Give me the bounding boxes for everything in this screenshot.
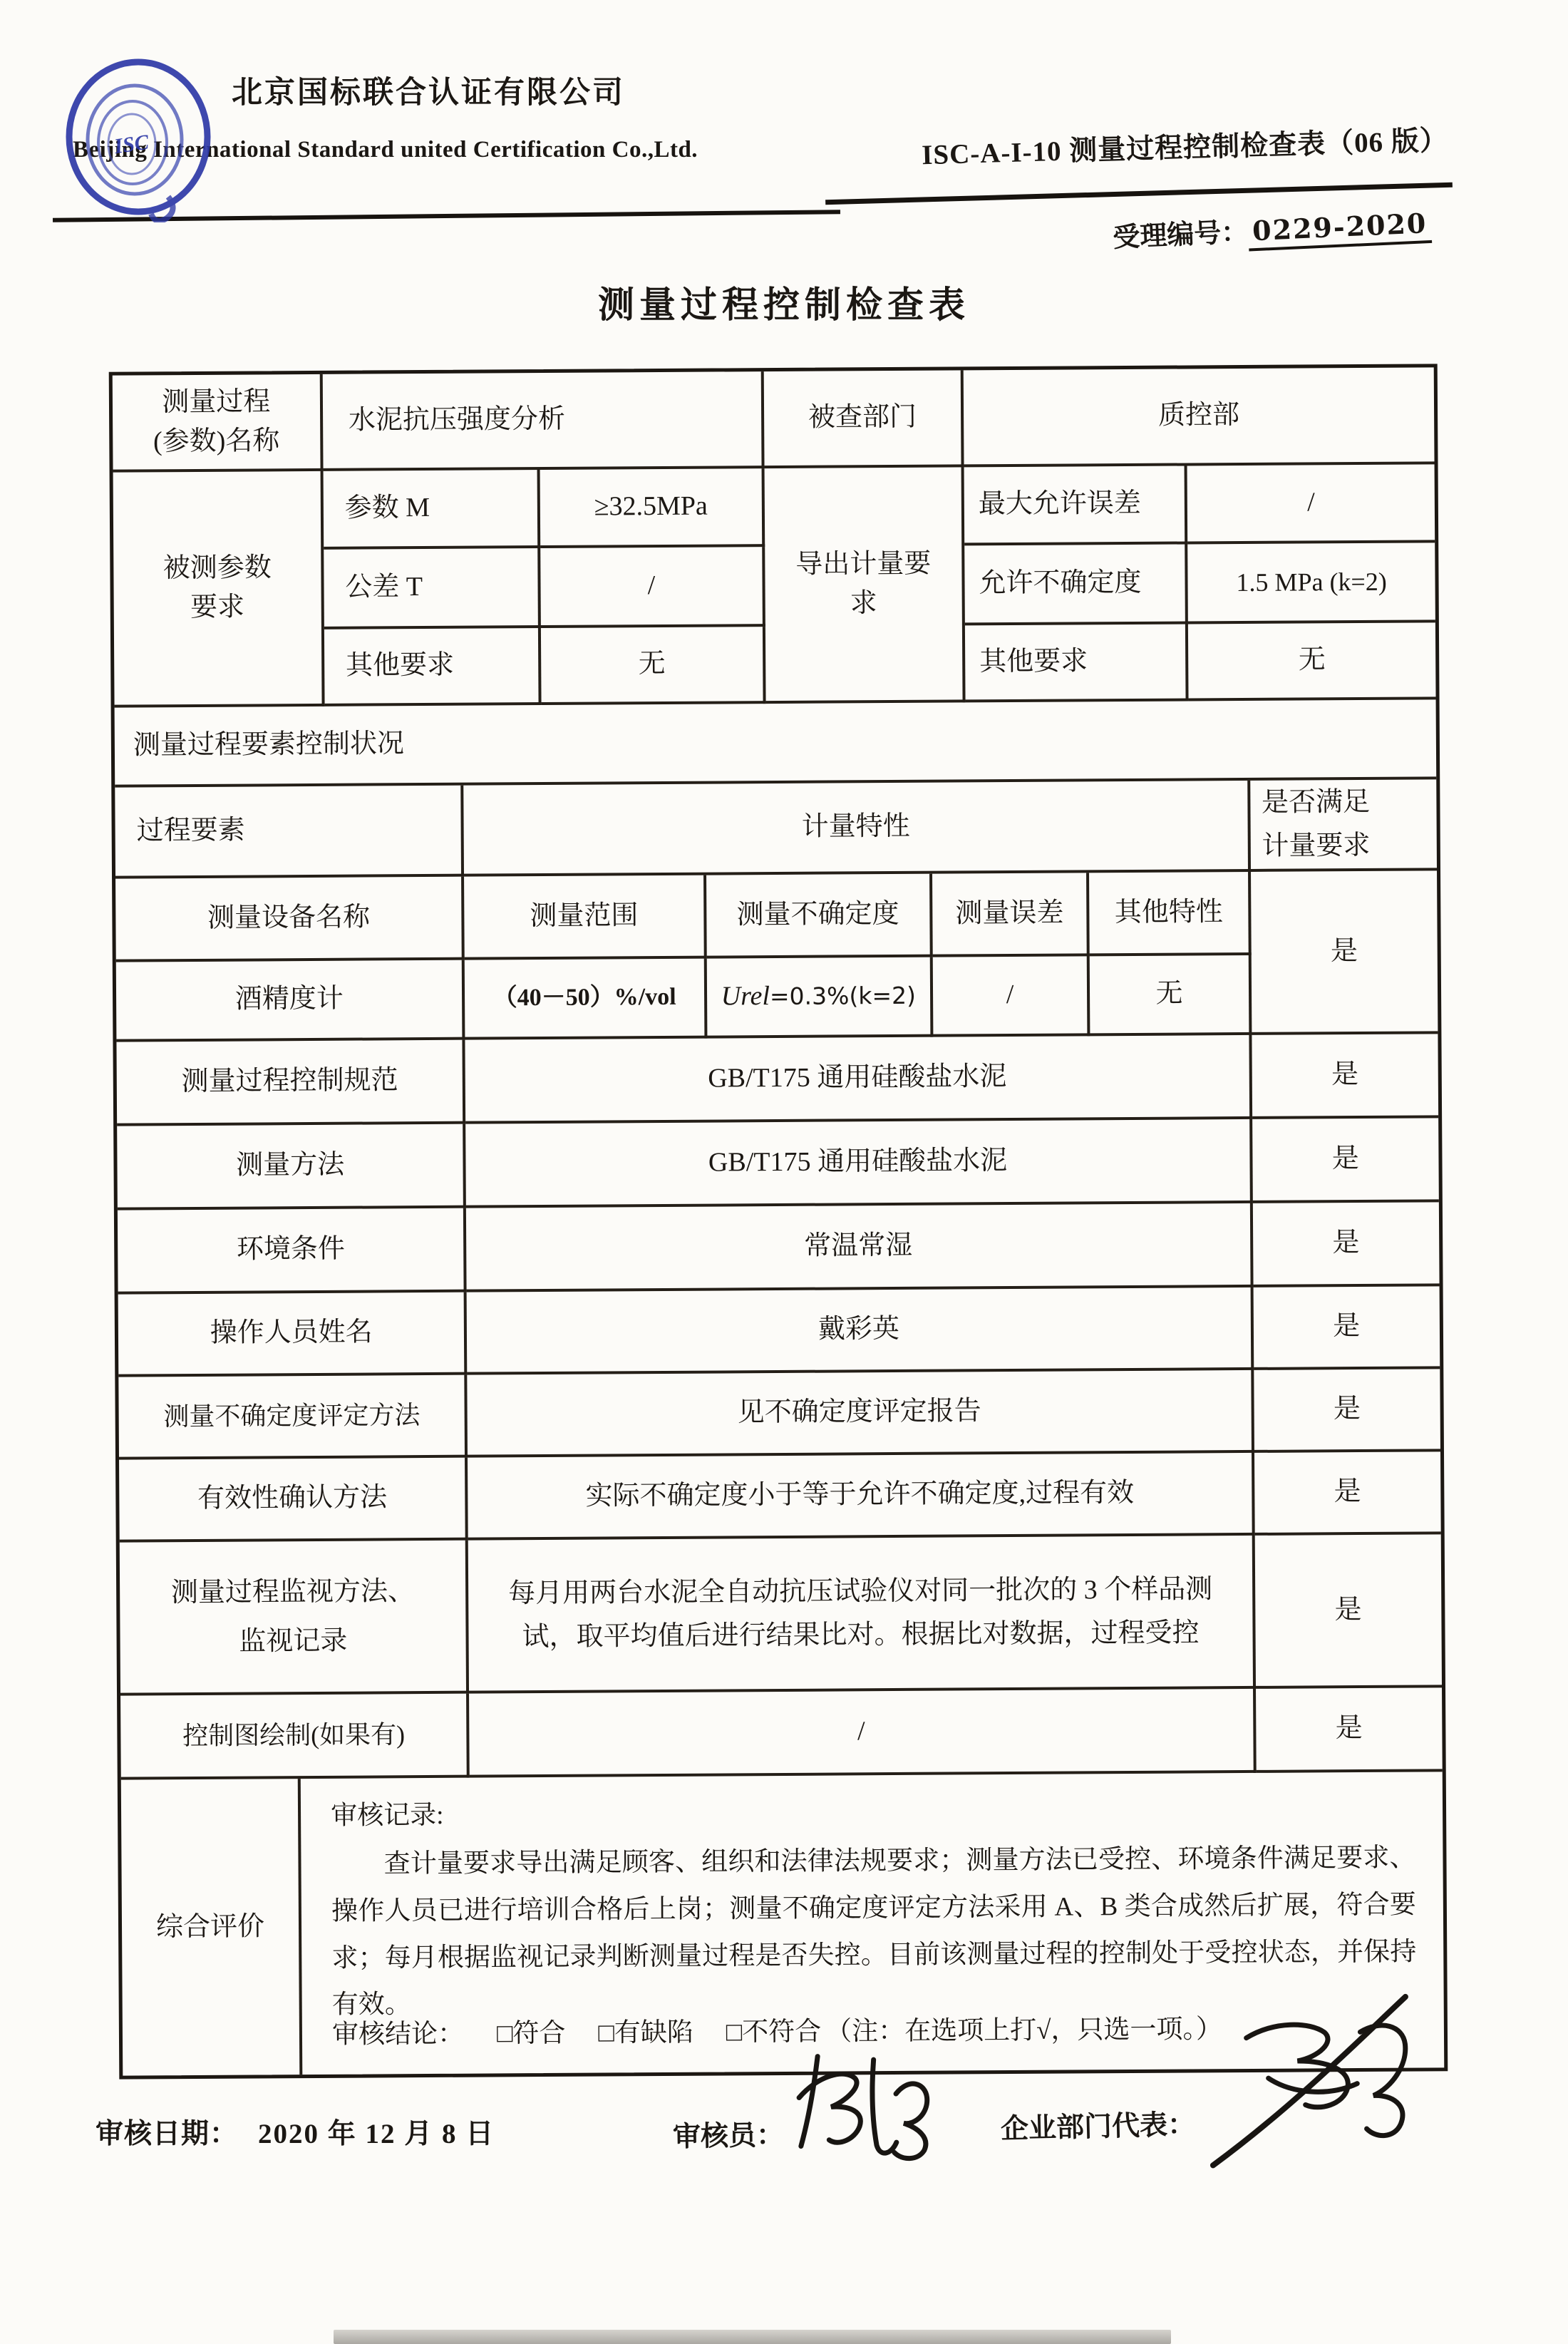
cell-max-error-value: / [1187,464,1435,544]
scanned-document-page: ISC 北京国标联合认证有限公司 Beijing International S… [0,0,1568,2344]
row-control-chart-label: 控制图绘制(如果有) [120,1694,470,1780]
cell-derived-req-label: 导出计量要 求 [765,467,966,704]
acceptance-label: 受理编号： [1112,217,1249,254]
row-control-spec-value: GB/T175 通用硅酸盐水泥 [465,1035,1252,1124]
cell-other-req-value: 无 [541,627,766,705]
company-representative-label: 企业部门代表： [1000,2102,1195,2147]
page-title: 测量过程控制检查表 [0,275,1568,328]
cell-equipment-range: （40－50）%/vol [465,959,707,1040]
acceptance-number-line: 受理编号：0229-2020 [1112,201,1432,255]
row-method-value: GB/T175 通用硅酸盐水泥 [466,1119,1253,1208]
cell-other-req2-value: 无 [1188,622,1435,701]
row-validity-ok: 是 [1254,1451,1441,1536]
uncertainty-symbol: Urel [721,977,770,1017]
isc-company-logo-stamp-icon: ISC [61,57,220,222]
scan-edge-artifact [334,2330,1171,2344]
cell-equipment-name: 酒精度计 [116,960,465,1042]
auditor-label: 审核员： [673,2113,785,2155]
representative-signature [1178,1983,1444,2181]
cell-elements-control-status: 测量过程要素控制状况 [115,699,1437,787]
cell-other-req2-label: 其他要求 [965,624,1189,702]
uncertainty-value: =0.3%(k=2) [770,979,916,1014]
cell-param-m-value: ≥32.5MPa [540,468,765,548]
header-rule-right [825,183,1453,205]
audit-date-line: 审核日期：2020 年 12 月 8 日 [96,2112,495,2152]
row-environment-value: 常温常湿 [466,1203,1253,1292]
cell-measured-param-req-label: 被测参数 要求 [113,471,325,708]
acceptance-number: 0229-2020 [1247,207,1432,252]
cell-allowed-uncertainty-label: 允许不确定度 [964,544,1188,625]
cell-equipment-ok: 是 [1251,870,1438,1035]
row-control-chart-value: / [469,1689,1256,1778]
audit-conclusion-label: 审核结论： [332,2020,464,2050]
cell-other-character-header: 其他特性 [1089,872,1251,956]
row-control-chart-ok: 是 [1256,1687,1443,1773]
cell-process-factor-header: 过程要素 [115,786,464,879]
cell-equipment-name-header: 测量设备名称 [115,877,465,962]
logo-isc-letters: ISC [112,130,150,159]
cell-metrological-character-header: 计量特性 [464,781,1251,877]
row-monitoring-ok: 是 [1254,1534,1442,1689]
row-validity-label: 有效性确认方法 [119,1458,468,1543]
row-operator-label: 操作人员姓名 [118,1292,468,1377]
row-monitoring-value: 每月用两台水泥全自动抗压试验仪对同一批次的 3 个样品测试，取平均值后进行结果比… [468,1536,1255,1694]
checkbox-option-conform: □符合 [497,2019,566,2049]
company-name-cn: 北京国标联合认证有限公司 [232,68,625,112]
table-section-basic-info: 测量过程 (参数)名称 水泥抗压强度分析 被查部门 质控部 被测参数 要求 参数… [113,367,1436,707]
cell-department-label: 被查部门 [764,370,964,468]
cell-error-header: 测量误差 [932,873,1090,957]
table-section-banner: 测量过程要素控制状况 [115,699,1437,787]
cell-max-error-label: 最大允许误差 [964,466,1187,545]
row-uncert-method-label: 测量不确定度评定方法 [118,1375,468,1460]
cell-tolerance-value: / [540,547,765,628]
cell-process-name-value: 水泥抗压强度分析 [323,371,765,471]
table-section-process-elements: 过程要素 计量特性 是否满足 计量要求 测量设备名称 测量范围 测量不确定度 测… [115,779,1442,1779]
document-code: ISC-A-I-10 测量过程控制检查表（06 版） [922,118,1449,173]
cell-other-req-label: 其他要求 [324,628,542,706]
checkbox-option-defect: □有缺陷 [598,2018,693,2048]
cell-satisfy-header: 是否满足 计量要求 [1250,779,1437,872]
row-method-ok: 是 [1252,1118,1439,1203]
row-method-label: 测量方法 [117,1124,466,1210]
cell-department-value: 质控部 [964,367,1435,467]
cell-tolerance-label: 公差 T [324,548,541,629]
row-operator-ok: 是 [1253,1286,1440,1370]
row-uncert-method-ok: 是 [1254,1369,1440,1453]
cell-equipment-other: 无 [1090,955,1252,1036]
row-uncert-method-value: 见不确定度评定报告 [468,1370,1254,1458]
cell-process-name-label: 测量过程 (参数)名称 [113,374,324,473]
cell-range-header: 测量范围 [464,875,706,960]
cell-allowed-uncertainty-value: 1.5 MPa (k=2) [1187,543,1435,624]
cell-equipment-error: / [933,956,1090,1037]
row-monitoring-label: 测量过程监视方法、 监视记录 [120,1541,470,1696]
inspection-table: 测量过程 (参数)名称 水泥抗压强度分析 被查部门 质控部 被测参数 要求 参数… [109,364,1448,2079]
row-validity-value: 实际不确定度小于等于允许不确定度,过程有效 [468,1453,1254,1541]
audit-record-title: 审核记录: [331,1787,1415,1840]
audit-date-value: 2020 年 12 月 8 日 [258,2119,495,2149]
row-environment-ok: 是 [1252,1202,1439,1287]
cell-evaluation-label: 综合评价 [121,1779,303,2076]
cell-uncertainty-header: 测量不确定度 [706,874,933,959]
auditor-signature [772,2027,959,2182]
audit-date-label: 审核日期： [96,2119,238,2149]
row-control-spec-ok: 是 [1252,1034,1438,1119]
row-environment-label: 环境条件 [118,1208,467,1295]
row-operator-value: 戴彩英 [467,1287,1254,1375]
row-control-spec-label: 测量过程控制规范 [116,1040,465,1126]
cell-param-m-label: 参数 M [323,470,540,550]
cell-equipment-uncertainty: Urel=0.3%(k=2) [706,957,933,1039]
